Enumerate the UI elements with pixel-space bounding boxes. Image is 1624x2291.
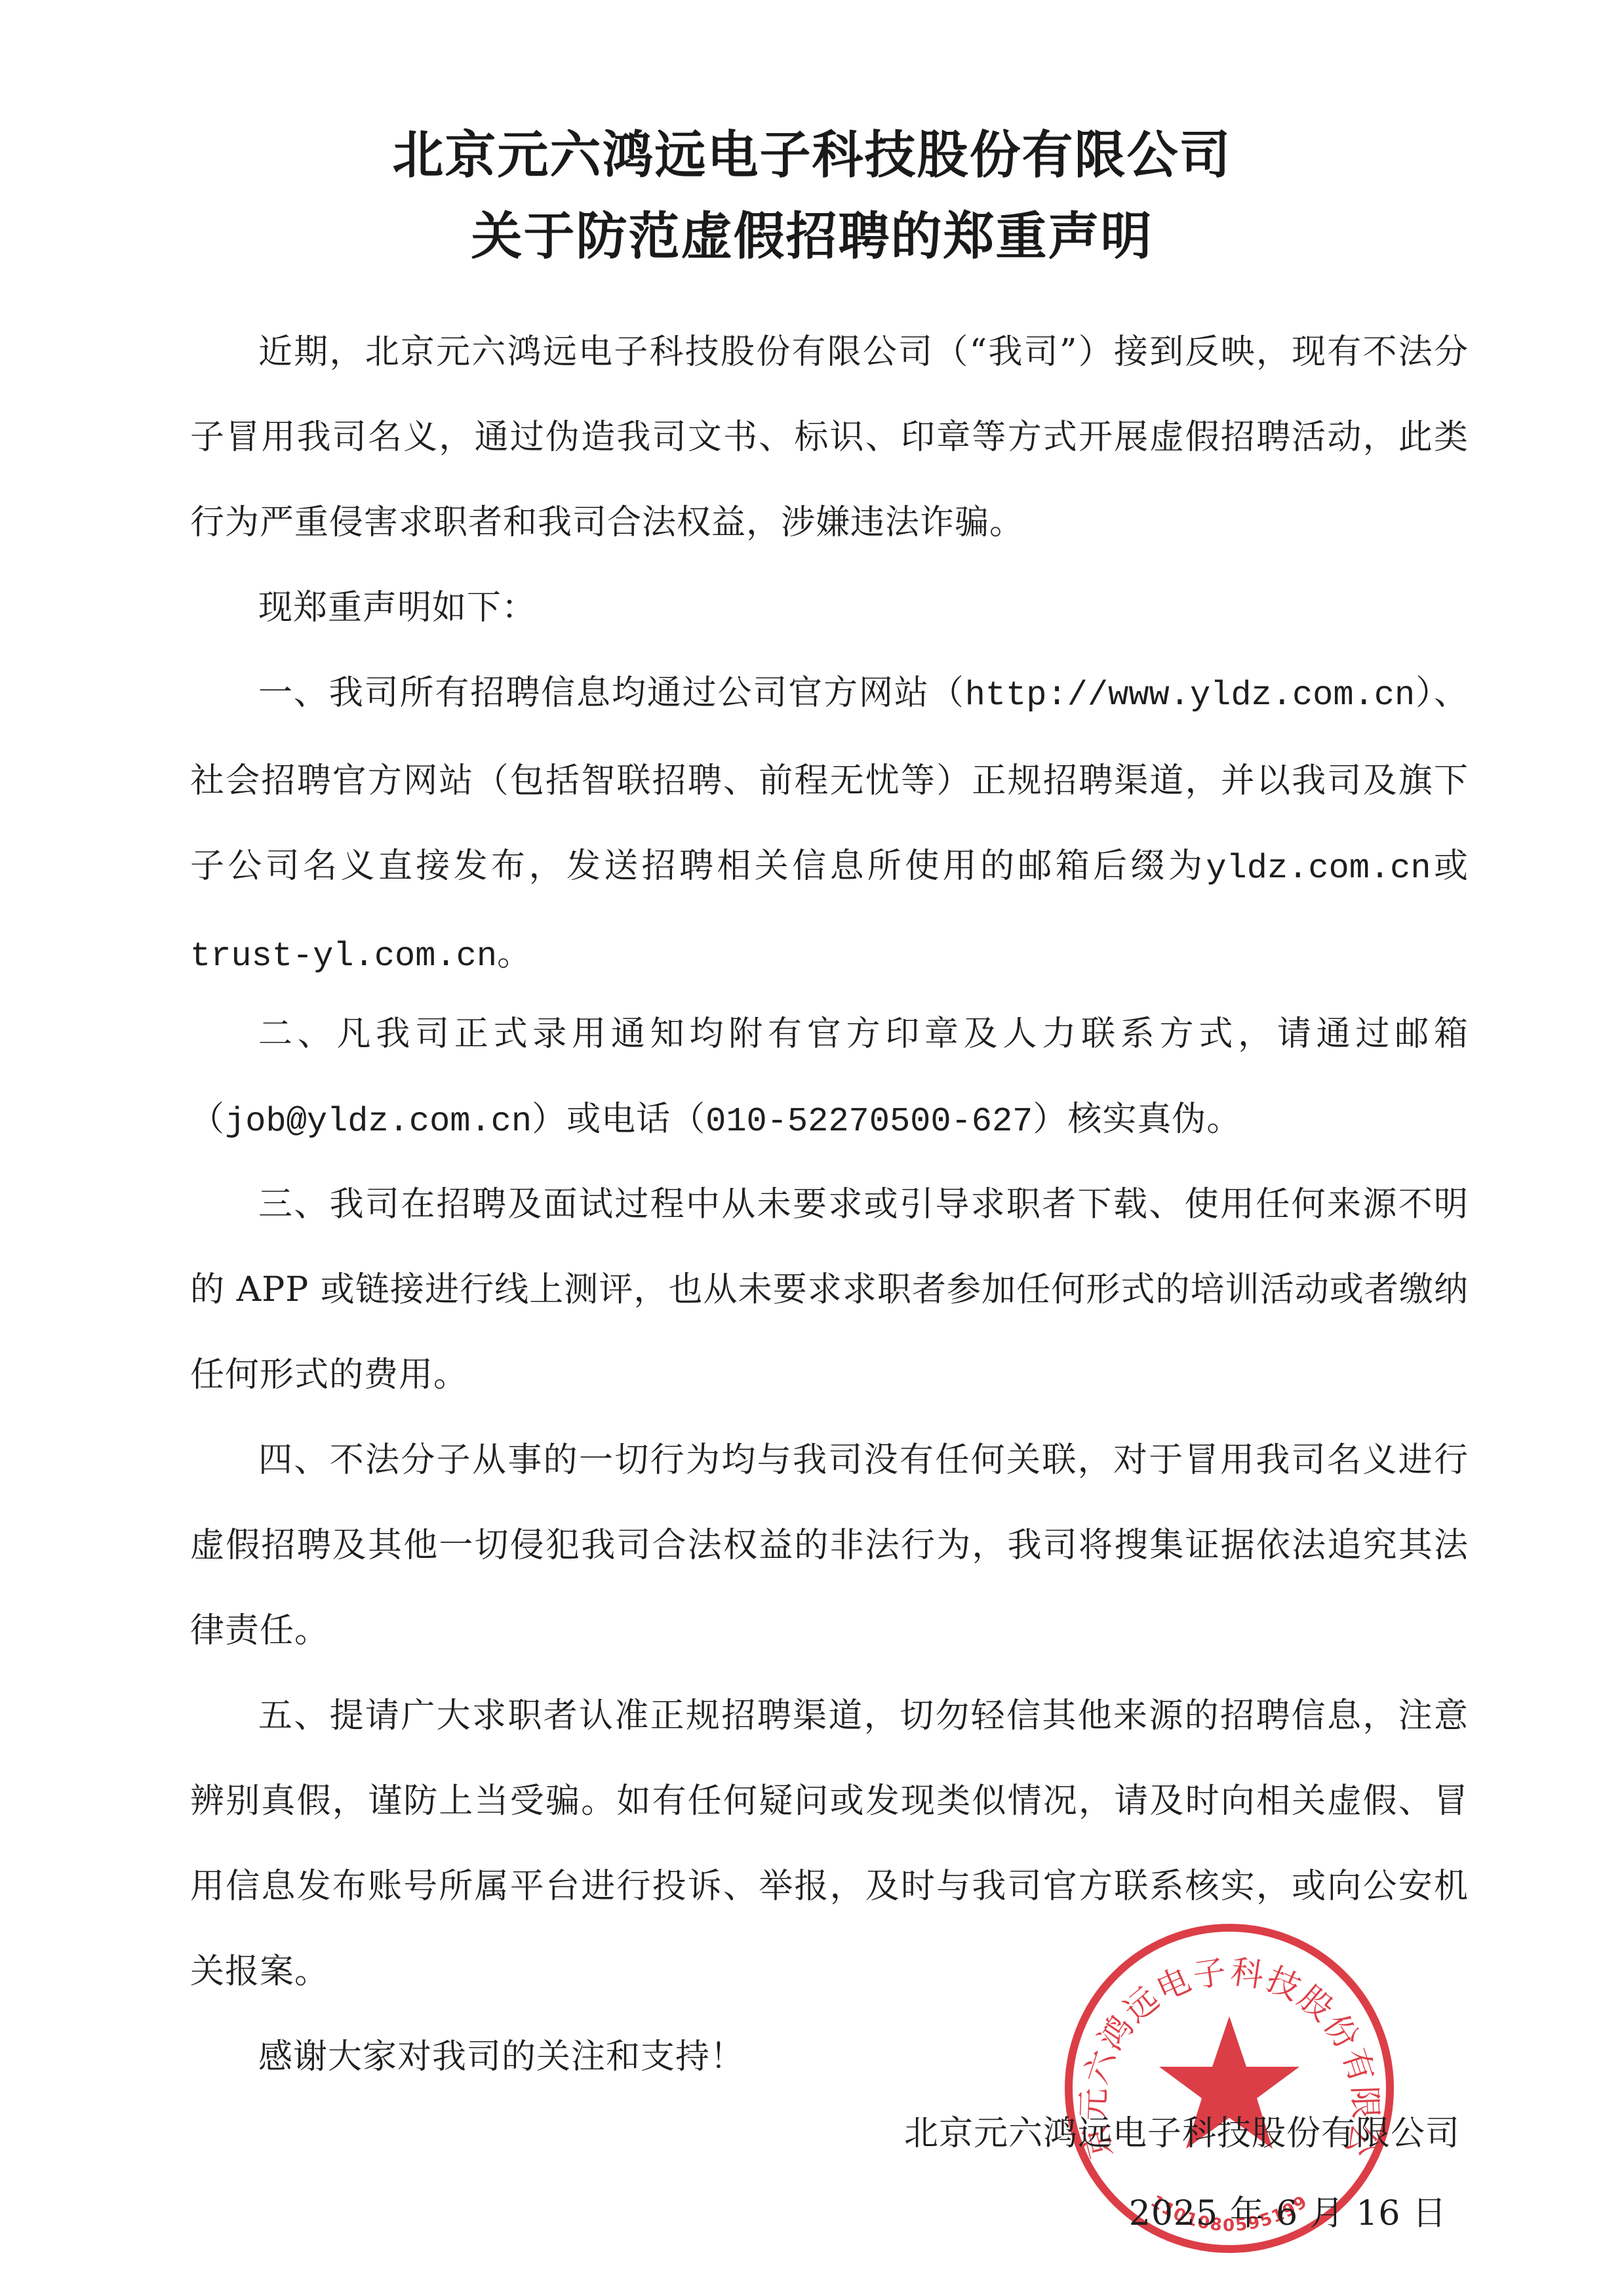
item-1-text-c: 或 <box>1431 847 1469 886</box>
item-2-text-b: ）或电话（ <box>532 1100 705 1139</box>
intro-text: 近期，北京元六鸿远电子科技股份有限公司（“我司”）接到反映，现有不法分子冒用我司… <box>190 309 1469 565</box>
email-domain-1: yldz.com.cn <box>1206 849 1431 888</box>
item-4-text: 四、不法分子从事的一切行为均与我司没有任何关联，对于冒用我司名义进行虚假招聘及其… <box>190 1418 1469 1673</box>
item-2-paragraph: 二、凡我司正式录用通知均附有官方印章及人力联系方式，请通过邮箱（job@yldz… <box>190 991 1469 1165</box>
intro-paragraph: 近期，北京元六鸿远电子科技股份有限公司（“我司”）接到反映，现有不法分子冒用我司… <box>190 309 1469 565</box>
signature-company: 北京元六鸿远电子科技股份有限公司 <box>904 2117 1460 2151</box>
item-2-text: 二、凡我司正式录用通知均附有官方印章及人力联系方式，请通过邮箱（job@yldz… <box>190 991 1469 1165</box>
title-company: 北京元六鸿远电子科技股份有限公司 <box>0 130 1624 181</box>
item-3-paragraph: 三、我司在招聘及面试过程中从未要求或引导求职者下载、使用任何来源不明的 APP … <box>190 1162 1469 1418</box>
item-1-text: 一、我司所有招聘信息均通过公司官方网站（http://www.yldz.com.… <box>190 650 1469 999</box>
title-statement: 关于防范虚假招聘的郑重声明 <box>0 211 1624 262</box>
document-page: 北京元六鸿远电子科技股份有限公司 关于防范虚假招聘的郑重声明 近期，北京元六鸿远… <box>0 0 1624 2291</box>
signature-date: 2025 年 6 月 16 日 <box>1129 2197 1447 2231</box>
item-1-paragraph: 一、我司所有招聘信息均通过公司官方网站（http://www.yldz.com.… <box>190 650 1469 999</box>
item-1-text-d: 。 <box>497 934 532 974</box>
item-3-text: 三、我司在招聘及面试过程中从未要求或引导求职者下载、使用任何来源不明的 APP … <box>190 1162 1469 1418</box>
lead-text: 现郑重声明如下： <box>190 565 1469 650</box>
lead-paragraph: 现郑重声明如下： <box>190 565 1469 650</box>
hr-phone: 010-52270500-627 <box>705 1102 1033 1141</box>
item-4-paragraph: 四、不法分子从事的一切行为均与我司没有任何关联，对于冒用我司名义进行虚假招聘及其… <box>190 1418 1469 1673</box>
official-website-link[interactable]: http://www.yldz.com.cn <box>965 676 1416 715</box>
item-2-text-c: ）核实真伪。 <box>1033 1100 1241 1139</box>
hr-email-link[interactable]: job@yldz.com.cn <box>225 1102 532 1141</box>
email-domain-2: trust-yl.com.cn <box>190 937 497 976</box>
item-1-text-a: 一、我司所有招聘信息均通过公司官方网站（ <box>258 673 965 713</box>
